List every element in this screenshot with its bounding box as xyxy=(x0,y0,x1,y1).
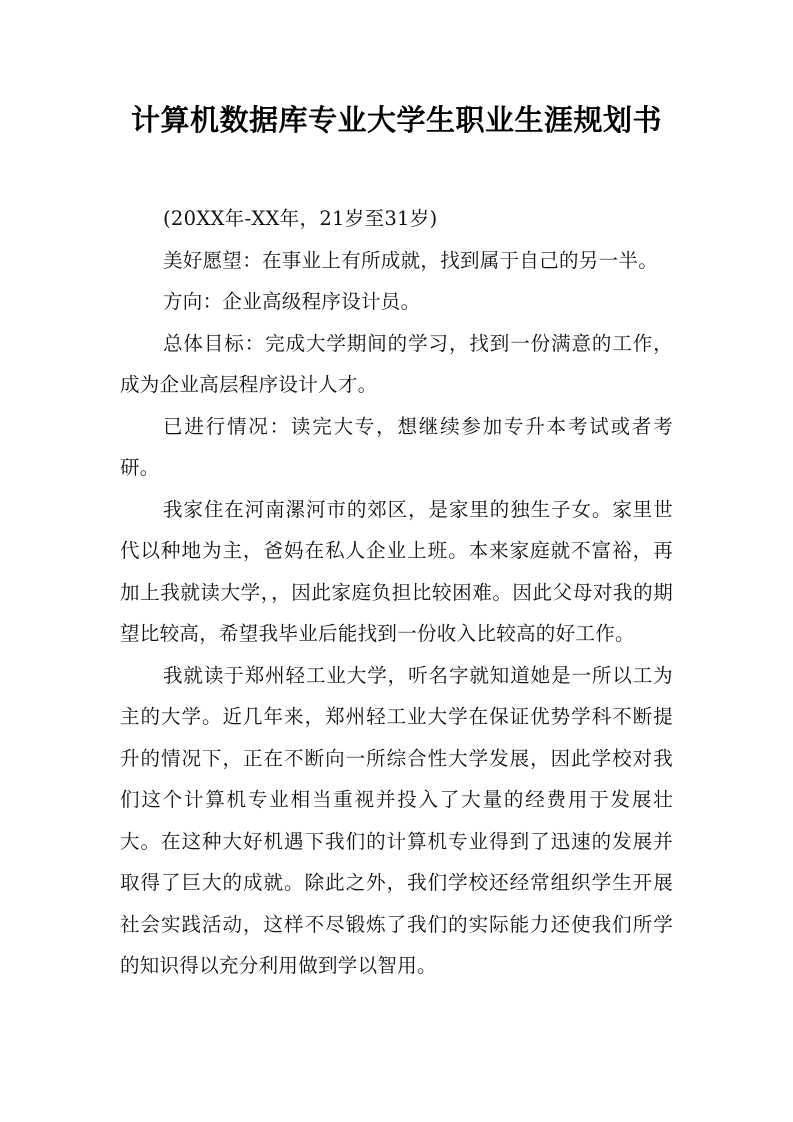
paragraph-progress: 已进行情况：读完大专，想继续参加专升本考试或者考研。 xyxy=(120,406,673,489)
paragraph-university: 我就读于郑州轻工业大学，听名字就知道她是一所以工为主的大学。近几年来，郑州轻工业… xyxy=(120,655,673,987)
document-title: 计算机数据库专业大学生职业生涯规划书 xyxy=(0,98,793,139)
paragraph-direction: 方向：企业高级程序设计员。 xyxy=(120,281,673,323)
paragraph-time-range: (20XX年-XX年，21岁至31岁) xyxy=(120,198,673,240)
document-body: (20XX年-XX年，21岁至31岁) 美好愿望：在事业上有所成就，找到属于自己… xyxy=(120,198,673,987)
paragraph-aspiration: 美好愿望：在事业上有所成就，找到属于自己的另一半。 xyxy=(120,240,673,282)
paragraph-overall-goal: 总体目标：完成大学期间的学习，找到一份满意的工作，成为企业高层程序设计人才。 xyxy=(120,323,673,406)
paragraph-family: 我家住在河南漯河市的郊区，是家里的独生子女。家里世代以种地为主，爸妈在私人企业上… xyxy=(120,489,673,655)
